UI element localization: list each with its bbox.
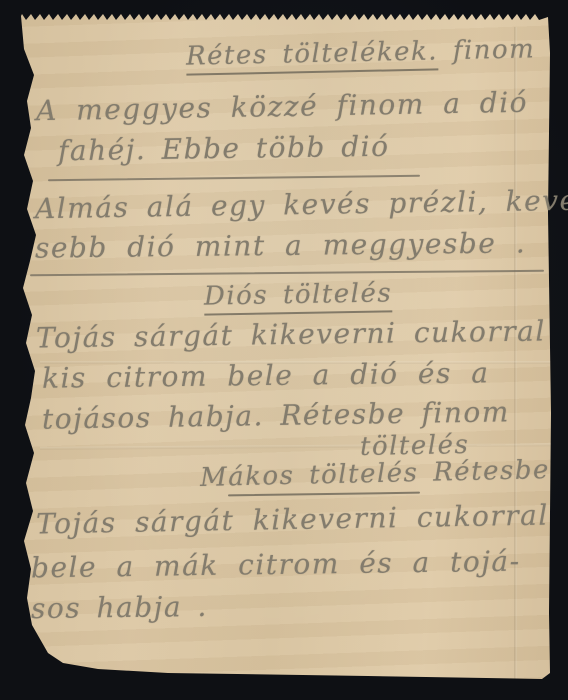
vertical-fold-crease: [514, 27, 517, 691]
heading-trailing-text: finom: [452, 34, 535, 66]
handwritten-line: fahéj. Ebbe több dió: [58, 130, 390, 168]
note-subheading: Diós töltelés: [204, 278, 393, 311]
handwritten-line: sos habja .: [31, 590, 208, 625]
handwritten-line: kis citrom bele a dió és a: [42, 356, 490, 394]
heading-underlined-text: Rétes töltelékek.: [186, 36, 439, 75]
handwritten-line: sebb dió mint a meggyesbe .: [35, 226, 526, 264]
subheading-underlined-text: Diós töltelés: [204, 278, 393, 315]
horizontal-fold-crease: [40, 443, 568, 450]
handwritten-line: bele a mák citrom és a tojá-: [31, 545, 521, 585]
photo-background: Rétes töltelékek. finom A meggyes közzé …: [0, 0, 568, 700]
